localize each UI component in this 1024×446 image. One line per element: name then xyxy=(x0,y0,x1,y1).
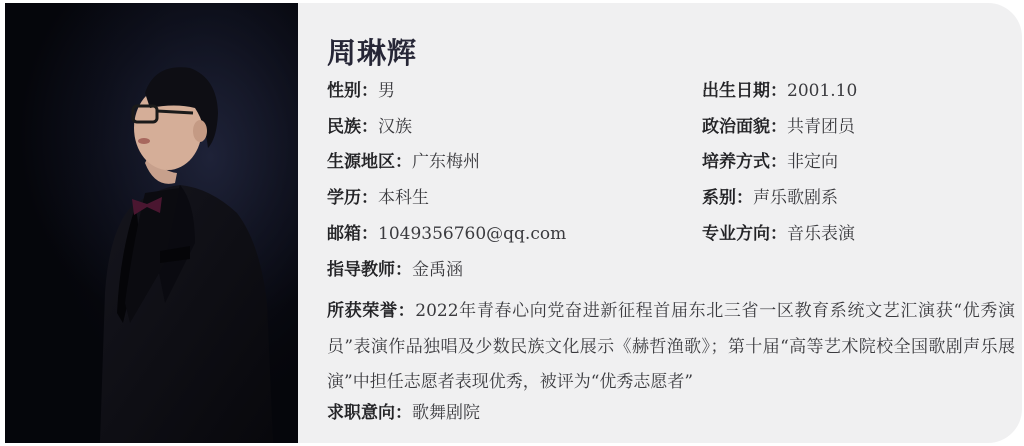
field-value: 声乐歌剧系 xyxy=(753,188,838,208)
field-label: 所获荣誉： xyxy=(327,301,415,321)
profile-card: 周琳辉 性别：男 民族：汉族 生源地区：广东梅州 学历：本科生 邮箱：10493… xyxy=(5,3,1022,443)
field-value: 歌舞剧院 xyxy=(412,403,480,423)
field-value: 共青团员 xyxy=(787,117,855,137)
honors-text: 2022年青春心向党奋进新征程首届东北三省一区教育系统文艺汇演获“优秀演员”表演… xyxy=(327,301,1015,392)
field-label: 指导教师： xyxy=(327,260,412,280)
portrait-illustration xyxy=(5,3,298,443)
field-advisor: 指导教师：金禹涵 xyxy=(327,258,463,282)
field-label: 民族： xyxy=(327,117,378,137)
field-birth-date: 出生日期：2001.10 xyxy=(702,79,857,103)
field-value: 非定向 xyxy=(787,152,838,172)
field-value: 音乐表演 xyxy=(787,224,855,244)
field-email: 邮箱：1049356760@qq.com xyxy=(327,222,566,246)
field-label: 培养方式： xyxy=(702,152,787,172)
field-value: 2001.10 xyxy=(787,81,857,101)
field-value: 本科生 xyxy=(378,188,429,208)
email-value[interactable]: 1049356760@qq.com xyxy=(378,224,566,244)
field-education: 学历：本科生 xyxy=(327,186,429,210)
field-training-mode: 培养方式：非定向 xyxy=(702,150,838,174)
field-political-status: 政治面貌：共青团员 xyxy=(702,115,855,139)
field-value: 金禹涵 xyxy=(412,260,463,280)
field-label: 学历： xyxy=(327,188,378,208)
field-honors: 所获荣誉：2022年青春心向党奋进新征程首届东北三省一区教育系统文艺汇演获“优秀… xyxy=(327,294,1015,401)
field-value: 男 xyxy=(378,81,395,101)
field-origin-region: 生源地区：广东梅州 xyxy=(327,150,480,174)
field-label: 求职意向： xyxy=(327,403,412,423)
field-label: 专业方向： xyxy=(702,224,787,244)
portrait-photo xyxy=(5,3,298,443)
field-job-intention: 求职意向：歌舞剧院 xyxy=(327,401,480,425)
profile-info: 周琳辉 性别：男 民族：汉族 生源地区：广东梅州 学历：本科生 邮箱：10493… xyxy=(327,3,1022,443)
field-label: 出生日期： xyxy=(702,81,787,101)
field-department: 系别：声乐歌剧系 xyxy=(702,186,838,210)
student-name: 周琳辉 xyxy=(327,33,417,73)
field-ethnicity: 民族：汉族 xyxy=(327,115,412,139)
field-value: 广东梅州 xyxy=(412,152,480,172)
field-value: 汉族 xyxy=(378,117,412,137)
field-label: 生源地区： xyxy=(327,152,412,172)
field-label: 系别： xyxy=(702,188,753,208)
field-label: 性别： xyxy=(327,81,378,101)
field-major-direction: 专业方向：音乐表演 xyxy=(702,222,855,246)
field-label: 政治面貌： xyxy=(702,117,787,137)
field-gender: 性别：男 xyxy=(327,79,395,103)
field-label: 邮箱： xyxy=(327,224,378,244)
